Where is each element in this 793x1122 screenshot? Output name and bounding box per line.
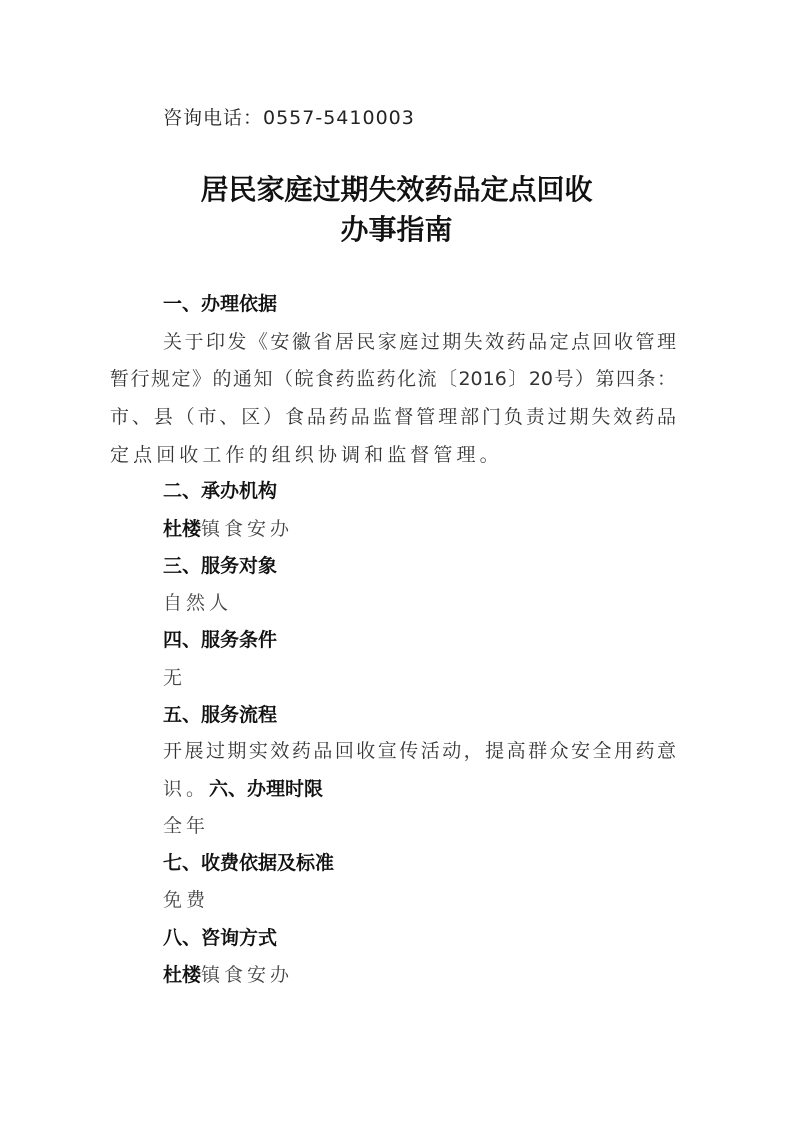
consultation-name-bold: 杜楼 xyxy=(163,964,201,986)
organization-name-bold: 杜楼 xyxy=(163,518,201,540)
paragraph-line: 暂行规定》的通知（皖食药监药化流〔2016〕20号）第四条： xyxy=(110,370,676,389)
section-heading-organization: 二、承办机构 xyxy=(163,482,277,501)
document-page: 咨询电话：0557-5410003 居民家庭过期失效药品定点回收 办事指南 一、… xyxy=(0,0,793,1122)
section-value-fees: 免费 xyxy=(163,891,209,910)
consultation-name-rest: 镇食安办 xyxy=(201,964,293,986)
section-heading-service-process: 五、服务流程 xyxy=(163,706,277,725)
process-line-with-next-heading: 识。六、办理时限 xyxy=(163,780,323,799)
paragraph-line-end: 识。 xyxy=(163,778,209,800)
section-value-organization: 杜楼镇食安办 xyxy=(163,520,293,539)
section-value-service-target: 自然人 xyxy=(163,594,232,613)
paragraph-line: 关于印发《安徽省居民家庭过期失效药品定点回收管理 xyxy=(163,333,676,352)
organization-name-rest: 镇食安办 xyxy=(201,518,293,540)
section-heading-fees: 七、收费依据及标准 xyxy=(163,854,334,873)
section-heading-time-limit: 六、办理时限 xyxy=(209,778,323,800)
paragraph-line: 开展过期实效药品回收宣传活动，提高群众安全用药意 xyxy=(163,742,676,761)
section-heading-service-target: 三、服务对象 xyxy=(163,557,277,576)
section-heading-basis: 一、办理依据 xyxy=(163,295,277,314)
section-value-consultation: 杜楼镇食安办 xyxy=(163,966,293,985)
document-title-line-1: 居民家庭过期失效药品定点回收 xyxy=(0,176,793,204)
section-value-service-conditions: 无 xyxy=(163,669,186,688)
document-title-line-2: 办事指南 xyxy=(0,216,793,244)
section-heading-service-conditions: 四、服务条件 xyxy=(163,631,277,650)
section-value-time-limit: 全年 xyxy=(163,817,209,836)
section-heading-consultation: 八、咨询方式 xyxy=(163,929,277,948)
paragraph-line: 市、县（市、区）食品药品监督管理部门负责过期失效药品 xyxy=(110,408,676,427)
paragraph-line: 定点回收工作的组织协调和监督管理。 xyxy=(110,446,676,465)
contact-phone: 咨询电话：0557-5410003 xyxy=(163,109,415,128)
